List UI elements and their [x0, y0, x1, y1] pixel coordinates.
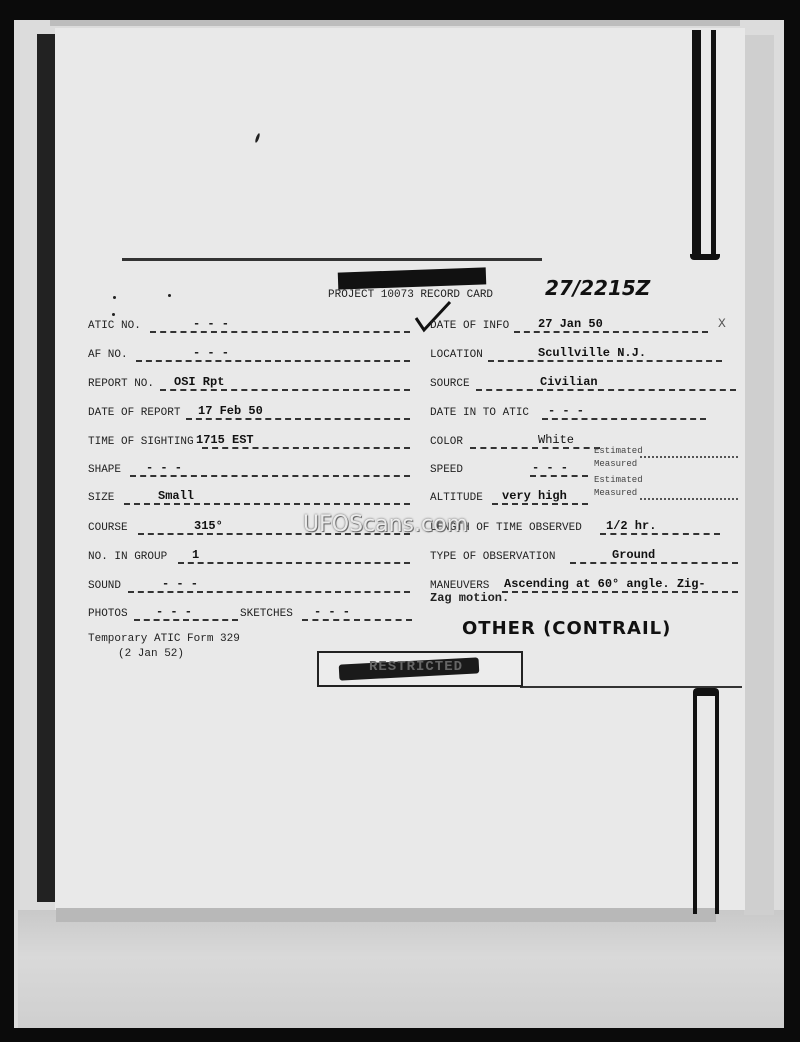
left-edge-shadow [37, 34, 55, 902]
stray-mark [168, 294, 171, 297]
project-record-label: PROJECT 10073 RECORD CARD [328, 289, 493, 301]
field-sketches: SKETCHES - - - [240, 604, 412, 622]
scan-lower-area [18, 910, 784, 1028]
field-size: SIZE Small [88, 488, 410, 506]
field-sound: SOUND - - - [88, 576, 410, 594]
field-label: AF NO. [88, 349, 128, 361]
field-shape: SHAPE - - - [88, 460, 410, 478]
binder-clip-bottom [693, 688, 723, 914]
field-no-in-group: NO. IN GROUP 1 [88, 547, 410, 565]
field-value: White [538, 433, 574, 447]
speed-line [640, 456, 738, 458]
field-altitude: ALTITUDE very high [430, 488, 590, 506]
field-value: - - - [548, 404, 584, 418]
field-value: Small [158, 489, 194, 503]
field-value: - - - [146, 461, 182, 475]
field-label: SIZE [88, 492, 114, 504]
field-label: TIME OF SIGHTING [88, 436, 194, 448]
field-value: Ascending at 60° angle. Zig- [504, 577, 706, 591]
field-value: - - - [532, 461, 568, 475]
form-top-rule [122, 258, 542, 261]
field-length-of-time-observed: LENGTH OF TIME OBSERVED 1/2 hr. [430, 518, 720, 536]
handwritten-note: OTHER (CONTRAIL) [462, 618, 671, 639]
field-value: Scullville N.J. [538, 346, 646, 360]
field-value: Civilian [540, 375, 598, 389]
field-type-of-observation: TYPE OF OBSERVATION Ground [430, 547, 738, 565]
field-af-no: AF NO. - - - [88, 345, 410, 363]
altitude-estimated-option: Estimated [594, 475, 643, 485]
field-value: - - - [162, 577, 198, 591]
form-date: (2 Jan 52) [118, 647, 184, 662]
field-atic-no: ATIC NO. - - - [88, 316, 410, 334]
field-label: TYPE OF OBSERVATION [430, 551, 555, 563]
form-bottom-rule [520, 686, 742, 688]
page-top-edge [50, 20, 740, 26]
stray-mark [113, 296, 116, 299]
field-label: SKETCHES [240, 608, 293, 620]
field-value: 27 Jan 50 [538, 317, 603, 331]
field-value: 1/2 hr. [606, 519, 656, 533]
field-value: 1 [192, 548, 199, 562]
field-photos: PHOTOS - - - [88, 604, 238, 622]
field-label: COURSE [88, 522, 128, 534]
field-location: LOCATION Scullville N.J. [430, 345, 722, 363]
field-date-of-report: DATE OF REPORT 17 Feb 50 [88, 403, 410, 421]
field-source: SOURCE Civilian [430, 374, 736, 392]
field-value: 17 Feb 50 [198, 404, 263, 418]
field-value: 1715 EST [196, 433, 254, 447]
form-name: Temporary ATIC Form 329 [88, 632, 240, 647]
altitude-measured-option: Measured [594, 488, 637, 498]
field-speed: SPEED - - - [430, 460, 590, 478]
field-date-of-info: DATE OF INFO 27 Jan 50 [430, 316, 708, 334]
page-bottom-shadow [56, 908, 716, 922]
field-label: ALTITUDE [430, 492, 483, 504]
field-value: Ground [612, 548, 655, 562]
field-date-in-to-atic: DATE IN TO ATIC - - - [430, 403, 706, 421]
field-label: SOUND [88, 580, 121, 592]
field-value: - - - [193, 346, 229, 360]
field-time-of-sighting: TIME OF SIGHTING 1715 EST [88, 432, 410, 450]
field-value: - - - [156, 605, 192, 619]
stamp-text: RESTRICTED [369, 659, 463, 675]
field-value: - - - [314, 605, 350, 619]
margin-mark: X [718, 316, 726, 331]
field-label: NO. IN GROUP [88, 551, 167, 563]
handwritten-reference: 27/2215Z [545, 276, 650, 300]
field-label: SPEED [430, 464, 463, 476]
field-report-no: REPORT NO. OSI Rpt [88, 374, 410, 392]
right-edge-strip [744, 35, 774, 915]
binder-clip-top [692, 30, 722, 260]
altitude-line [640, 498, 738, 500]
field-label: LOCATION [430, 349, 483, 361]
watermark: UFOScans.com [303, 512, 468, 537]
speed-estimated-option: Estimated [594, 446, 643, 456]
field-label: PHOTOS [88, 608, 128, 620]
field-label: ATIC NO. [88, 320, 141, 332]
field-color: COLOR White [430, 432, 600, 450]
field-label: SOURCE [430, 378, 470, 390]
field-value: 315° [194, 519, 223, 533]
field-label: DATE OF INFO [430, 320, 509, 332]
field-value: - - - [193, 317, 229, 331]
field-label: DATE IN TO ATIC [430, 407, 529, 419]
speed-measured-option: Measured [594, 459, 637, 469]
restricted-stamp: RESTRICTED [317, 651, 523, 687]
field-label: DATE OF REPORT [88, 407, 180, 419]
field-label: SHAPE [88, 464, 121, 476]
field-label: COLOR [430, 436, 463, 448]
field-label: REPORT NO. [88, 378, 154, 390]
field-value: very high [502, 489, 567, 503]
maneuvers-continued: Zag motion. [430, 591, 509, 606]
field-value: OSI Rpt [174, 375, 224, 389]
